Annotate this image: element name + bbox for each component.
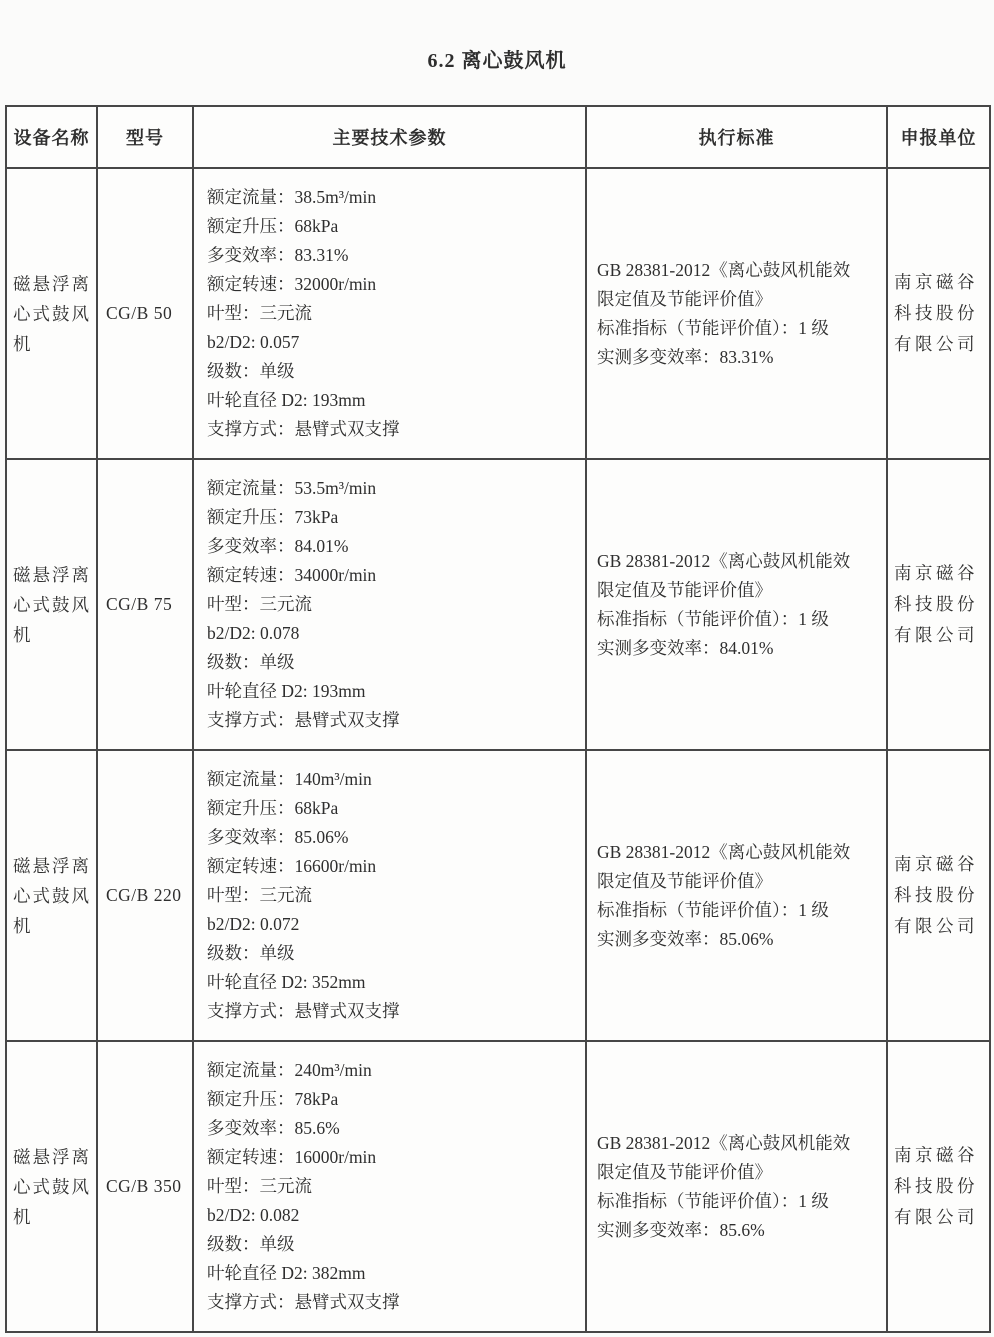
applicant-cell: 南京磁谷科技股份有限公司	[887, 750, 990, 1041]
header-cell-device-name: 设备名称	[6, 106, 97, 168]
header-cell-parameters: 主要技术参数	[193, 106, 586, 168]
blower-spec-table: 设备名称 型号 主要技术参数 执行标准 申报单位 磁悬浮离心式鼓风机 CG/B …	[5, 105, 991, 1333]
parameters-cell: 额定流量：140m³/min 额定升压：68kPa 多变效率：85.06% 额定…	[193, 750, 586, 1041]
standard-cell: GB 28381-2012《离心鼓风机能效限定值及节能评价值》 标准指标（节能评…	[586, 1041, 887, 1332]
device-name-cell: 磁悬浮离心式鼓风机	[6, 168, 97, 459]
applicant-cell: 南京磁谷科技股份有限公司	[887, 1041, 990, 1332]
applicant-cell: 南京磁谷科技股份有限公司	[887, 459, 990, 750]
model-cell: CG/B 220	[97, 750, 193, 1041]
applicant-cell: 南京磁谷科技股份有限公司	[887, 168, 990, 459]
device-name-cell: 磁悬浮离心式鼓风机	[6, 1041, 97, 1332]
table-row: 磁悬浮离心式鼓风机 CG/B 350 额定流量：240m³/min 额定升压：7…	[6, 1041, 990, 1332]
parameters-cell: 额定流量：240m³/min 额定升压：78kPa 多变效率：85.6% 额定转…	[193, 1041, 586, 1332]
device-name-cell: 磁悬浮离心式鼓风机	[6, 750, 97, 1041]
parameters-cell: 额定流量：38.5m³/min 额定升压：68kPa 多变效率：83.31% 额…	[193, 168, 586, 459]
model-cell: CG/B 75	[97, 459, 193, 750]
model-cell: CG/B 350	[97, 1041, 193, 1332]
table-row: 磁悬浮离心式鼓风机 CG/B 75 额定流量：53.5m³/min 额定升压：7…	[6, 459, 990, 750]
standard-cell: GB 28381-2012《离心鼓风机能效限定值及节能评价值》 标准指标（节能评…	[586, 459, 887, 750]
table-row: 磁悬浮离心式鼓风机 CG/B 220 额定流量：140m³/min 额定升压：6…	[6, 750, 990, 1041]
standard-cell: GB 28381-2012《离心鼓风机能效限定值及节能评价值》 标准指标（节能评…	[586, 168, 887, 459]
table-header-row: 设备名称 型号 主要技术参数 执行标准 申报单位	[6, 106, 990, 168]
page-title: 6.2 离心鼓风机	[0, 0, 994, 73]
table-row: 磁悬浮离心式鼓风机 CG/B 50 额定流量：38.5m³/min 额定升压：6…	[6, 168, 990, 459]
header-cell-applicant: 申报单位	[887, 106, 990, 168]
header-cell-model: 型号	[97, 106, 193, 168]
header-cell-standard: 执行标准	[586, 106, 887, 168]
device-name-cell: 磁悬浮离心式鼓风机	[6, 459, 97, 750]
standard-cell: GB 28381-2012《离心鼓风机能效限定值及节能评价值》 标准指标（节能评…	[586, 750, 887, 1041]
model-cell: CG/B 50	[97, 168, 193, 459]
parameters-cell: 额定流量：53.5m³/min 额定升压：73kPa 多变效率：84.01% 额…	[193, 459, 586, 750]
